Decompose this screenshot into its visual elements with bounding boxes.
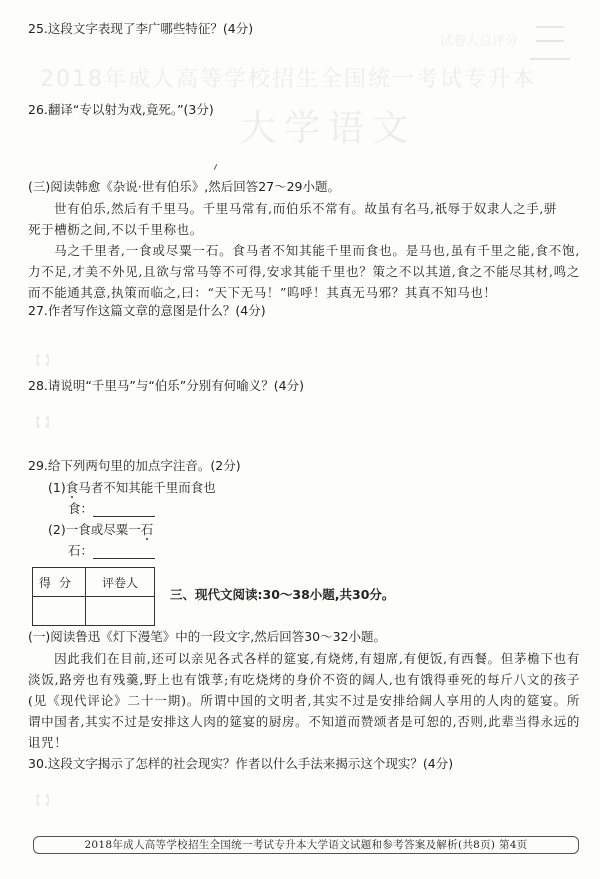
answer-2-label: 石： [68,543,93,558]
answer-1-blank[interactable] [93,504,155,517]
classical-passage-p1: 世有伯乐,然后有千里马。千里马常有,而伯乐不常有。故虽有名马,祇辱于奴隶人之手,… [28,198,580,240]
section-three-intro: (三)阅读韩愈《杂说·世有伯乐》,然后回答27～29小题。 [28,179,340,195]
answer-bracket-30: 【 】 [30,792,56,808]
ghost-header-tag: 试卷人总评分 [440,30,518,49]
modern-passage: 因此我们在目前,还可以亲见各式各样的筵宴,有烧烤,有翅席,有便饭,有西餐。但茅檐… [28,648,580,753]
ghost-title-line: 2018年成人高等学校招生全国统一考试专升本 [40,62,536,93]
answer-2-blank[interactable] [93,546,155,559]
question-29-prompt: 29.给下列两句里的加点字注音。(2分) [28,458,241,474]
dotted-char-dan: 石 [141,522,154,537]
pen-mark [214,164,217,170]
question-25: 25.这段文字表现了李广哪些特征？(4分) [28,21,253,37]
question-29-item-2: (2)一食或尽粟一石 [48,522,153,538]
grader-header: 评卷人 [86,568,155,597]
score-table: 得分 评卷人 [32,567,155,626]
question-28: 28.请说明“千里马”与“伯乐”分别有何喻义？(4分) [28,378,304,394]
answer-bracket-28: 【 】 [30,414,56,430]
question-29-answer-2: 石： [68,543,155,559]
question-30: 30.这段文字揭示了怎样的社会现实？作者以什么手法来揭示这个现实？(4分) [28,756,453,772]
item-2-text: 一食或尽粟一 [66,522,141,537]
classical-p2-text: 马之千里者,一食或尽粟一石。食马者不知其能千里而食也。是马也,虽有千里之能,食不… [28,243,580,300]
grader-cell[interactable] [86,597,155,626]
classical-passage-p2: 马之千里者,一食或尽粟一石。食马者不知其能千里而食也。是马也,虽有千里之能,食不… [28,240,580,303]
answer-1-label: 食： [68,501,93,516]
page-footer: 2018年成人高等学校招生全国统一考试专升本大学语文试题和参考答案及解析(共8页… [33,836,579,854]
item-2-number: (2) [48,522,66,537]
score-header: 得分 [33,568,86,597]
classical-p1-line1: 世有伯乐,然后有千里马。千里马常有,而伯乐不常有。故虽有名马,祇辱于奴隶人之手,… [54,201,557,216]
dotted-char-shi: 食 [66,480,79,495]
question-29-item-1: (1)食马者不知其能千里而食也 [48,480,216,496]
ghost-subject: 大学语文 [240,100,416,151]
ghost-logo-icon [530,22,570,60]
classical-p1-line2: 死于槽枥之间,不以千里称也。 [28,222,203,237]
section-modern-title: 三、现代文阅读:30～38小题,共30分。 [170,585,394,603]
modern-passage-text: 因此我们在目前,还可以亲见各式各样的筵宴,有烧烤,有翅席,有便饭,有西餐。但茅檐… [28,651,580,750]
score-cell[interactable] [33,597,86,626]
question-26: 26.翻译“专以射为戏,竟死。”(3分) [28,102,214,118]
question-27: 27.作者写作这篇文章的意图是什么？(4分) [28,303,266,319]
item-1-text: 马者不知其能千里而食也 [78,480,216,495]
item-1-number: (1) [48,480,66,495]
question-29-answer-1: 食： [68,501,155,517]
answer-bracket-27: 【 】 [30,352,56,368]
modern-reading-intro: (一)阅读鲁迅《灯下漫笔》中的一段文字,然后回答30～32小题。 [28,629,386,645]
